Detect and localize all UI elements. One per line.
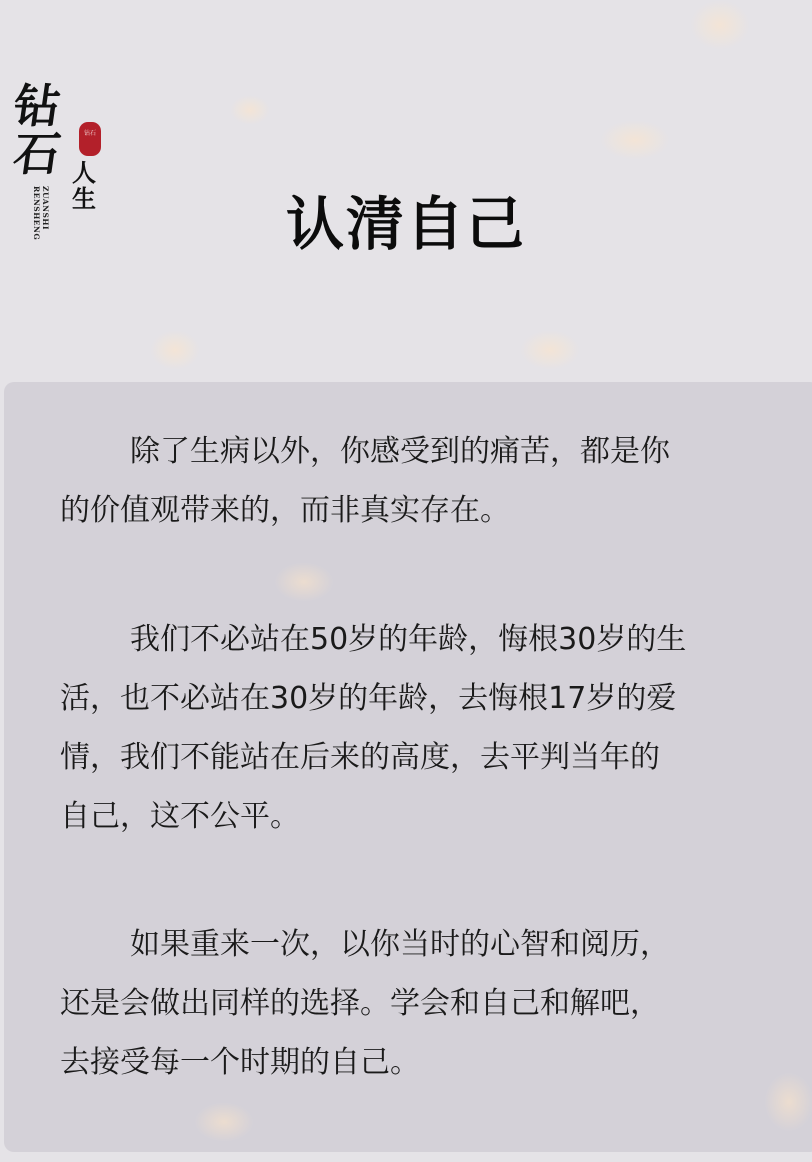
seal-icon: 钻石: [79, 122, 101, 156]
logo-subtitle-char: 人: [72, 160, 96, 186]
sparkle-decoration: [230, 95, 270, 125]
text-line: 去接受每一个时期的自己。: [60, 1033, 750, 1092]
sparkle-decoration: [194, 1102, 254, 1142]
text-line: 如果重来一次，以你当时的心智和阅历，: [60, 915, 750, 974]
text-line: 我们不必站在50岁的年龄，悔根30岁的生: [60, 610, 750, 669]
text-line: 活，也不必站在30岁的年龄，去悔根17岁的爱: [60, 669, 750, 728]
paragraph-3: 如果重来一次，以你当时的心智和阅历， 还是会做出同样的选择。学会和自己和解吧， …: [60, 915, 750, 1092]
paragraph-1: 除了生病以外，你感受到的痛苦，都是你 的价值观带来的，而非真实存在。: [60, 422, 750, 540]
sparkle-decoration: [520, 330, 580, 370]
text-line: 自己，这不公平。: [60, 787, 750, 846]
paragraph-2: 我们不必站在50岁的年龄，悔根30岁的生 活，也不必站在30岁的年龄，去悔根17…: [60, 610, 750, 846]
logo-char: 石: [11, 130, 64, 178]
sparkle-decoration: [764, 1072, 812, 1132]
text-line: 的价值观带来的，而非真实存在。: [60, 481, 750, 540]
text-line: 还是会做出同样的选择。学会和自己和解吧，: [60, 974, 750, 1033]
page-title: 认清自己: [0, 186, 812, 262]
sparkle-decoration: [150, 330, 200, 370]
sparkle-decoration: [690, 0, 750, 50]
sparkle-decoration: [600, 120, 670, 160]
text-line: 除了生病以外，你感受到的痛苦，都是你: [60, 422, 750, 481]
text-line: 情，我们不能站在后来的高度，去平判当年的: [60, 728, 750, 787]
logo-char: 钻: [11, 82, 64, 130]
sparkle-decoration: [274, 562, 334, 602]
